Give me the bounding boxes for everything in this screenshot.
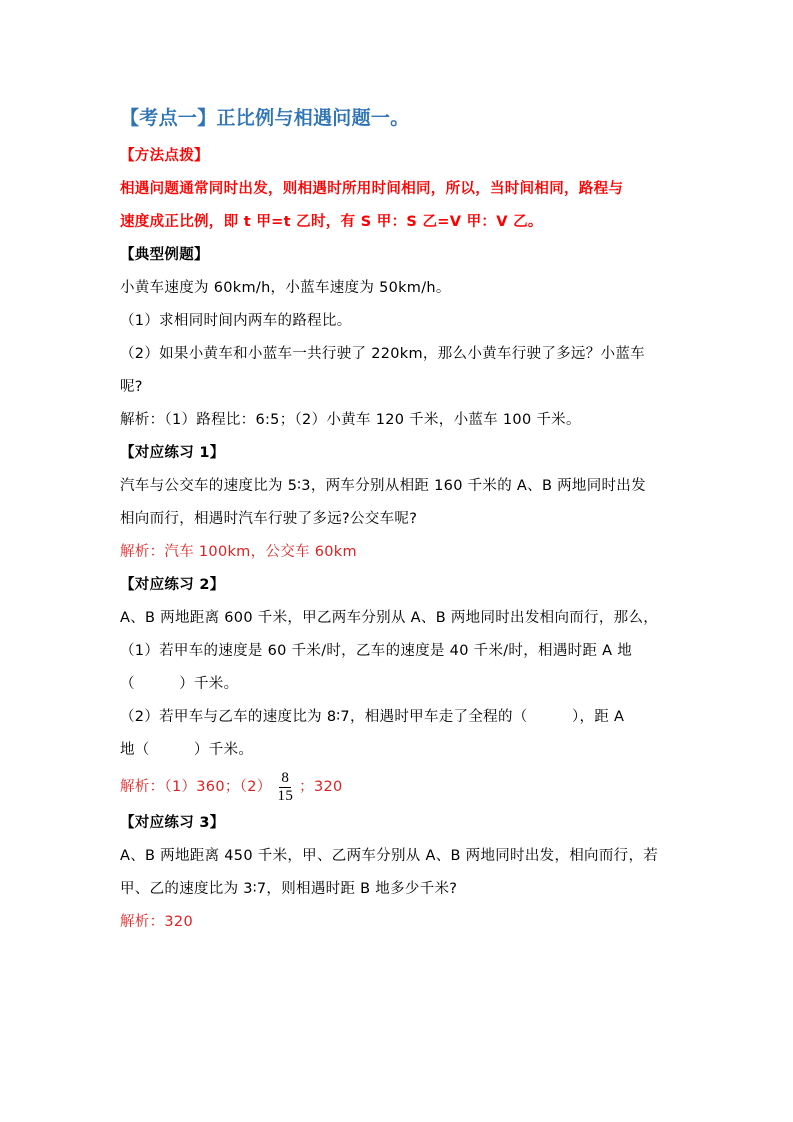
method-section: 【方法点拨】 相遇问题通常同时出发，则相遇时所用时间相同，所以，当时间相同，路程… — [120, 140, 680, 239]
method-text-line: 相遇问题通常同时出发，则相遇时所用时间相同，所以，当时间相同，路程与 — [120, 173, 680, 206]
practice-2-text-line: 地（ ）千米。 — [120, 734, 680, 767]
fraction: 8 15 — [276, 770, 296, 805]
practice-2-section: 【对应练习 2】 A、B 两地距离 600 千米，甲乙两车分别从 A、B 两地同… — [120, 569, 680, 807]
fraction-denominator: 15 — [276, 788, 296, 805]
practice-3-section: 【对应练习 3】 A、B 两地距离 450 千米，甲、乙两车分别从 A、B 两地… — [120, 807, 680, 939]
example-text-line: （2）如果小黄车和小蓝车一共行驶了 220km，那么小黄车行驶了多远？小蓝车 — [120, 338, 680, 371]
example-answer: 解析：（1）路程比：6:5；（2）小黄车 120 千米，小蓝车 100 千米。 — [120, 404, 680, 437]
document-page: 【考点一】正比例与相遇问题一。 【方法点拨】 相遇问题通常同时出发，则相遇时所用… — [120, 100, 680, 939]
answer-prefix: 解析：（1）360；（2） — [120, 767, 272, 807]
practice-1-heading: 【对应练习 1】 — [120, 437, 680, 470]
practice-2-text-line: （1）若甲车的速度是 60 千米/时，乙车的速度是 40 千米/时，相遇时距 A… — [120, 635, 680, 668]
example-text-line: （1）求相同时间内两车的路程比。 — [120, 305, 680, 338]
practice-2-heading: 【对应练习 2】 — [120, 569, 680, 602]
practice-1-section: 【对应练习 1】 汽车与公交车的速度比为 5∶3，两车分别从相距 160 千米的… — [120, 437, 680, 569]
practice-2-text-line: （ ）千米。 — [120, 668, 680, 701]
practice-3-answer: 解析：320 — [120, 906, 680, 939]
practice-3-text-line: A、B 两地距离 450 千米，甲、乙两车分别从 A、B 两地同时出发，相向而行… — [120, 840, 680, 873]
practice-2-text-line: A、B 两地距离 600 千米，甲乙两车分别从 A、B 两地同时出发相向而行，那… — [120, 602, 680, 635]
method-heading: 【方法点拨】 — [120, 140, 680, 173]
example-section: 【典型例题】 小黄车速度为 60km/h，小蓝车速度为 50km/h。 （1）求… — [120, 239, 680, 437]
example-text-line: 小黄车速度为 60km/h，小蓝车速度为 50km/h。 — [120, 272, 680, 305]
method-text-line: 速度成正比例，即 t 甲=t 乙时，有 S 甲：S 乙=V 甲：V 乙。 — [120, 206, 680, 239]
practice-2-answer: 解析：（1）360；（2） 8 15 ；320 — [120, 767, 680, 807]
practice-2-text-line: （2）若甲车与乙车的速度比为 8∶7，相遇时甲车走了全程的（ ），距 A — [120, 701, 680, 734]
fraction-numerator: 8 — [279, 770, 291, 788]
example-heading: 【典型例题】 — [120, 239, 680, 272]
section-title: 【考点一】正比例与相遇问题一。 — [120, 100, 680, 136]
practice-1-text-line: 相向而行，相遇时汽车行驶了多远?公交车呢? — [120, 503, 680, 536]
practice-1-answer: 解析：汽车 100km，公交车 60km — [120, 536, 680, 569]
practice-3-heading: 【对应练习 3】 — [120, 807, 680, 840]
practice-1-text-line: 汽车与公交车的速度比为 5∶3，两车分别从相距 160 千米的 A、B 两地同时… — [120, 470, 680, 503]
answer-suffix: ；320 — [299, 767, 342, 807]
practice-3-text-line: 甲、乙的速度比为 3∶7，则相遇时距 B 地多少千米? — [120, 873, 680, 906]
example-text-line: 呢? — [120, 371, 680, 404]
